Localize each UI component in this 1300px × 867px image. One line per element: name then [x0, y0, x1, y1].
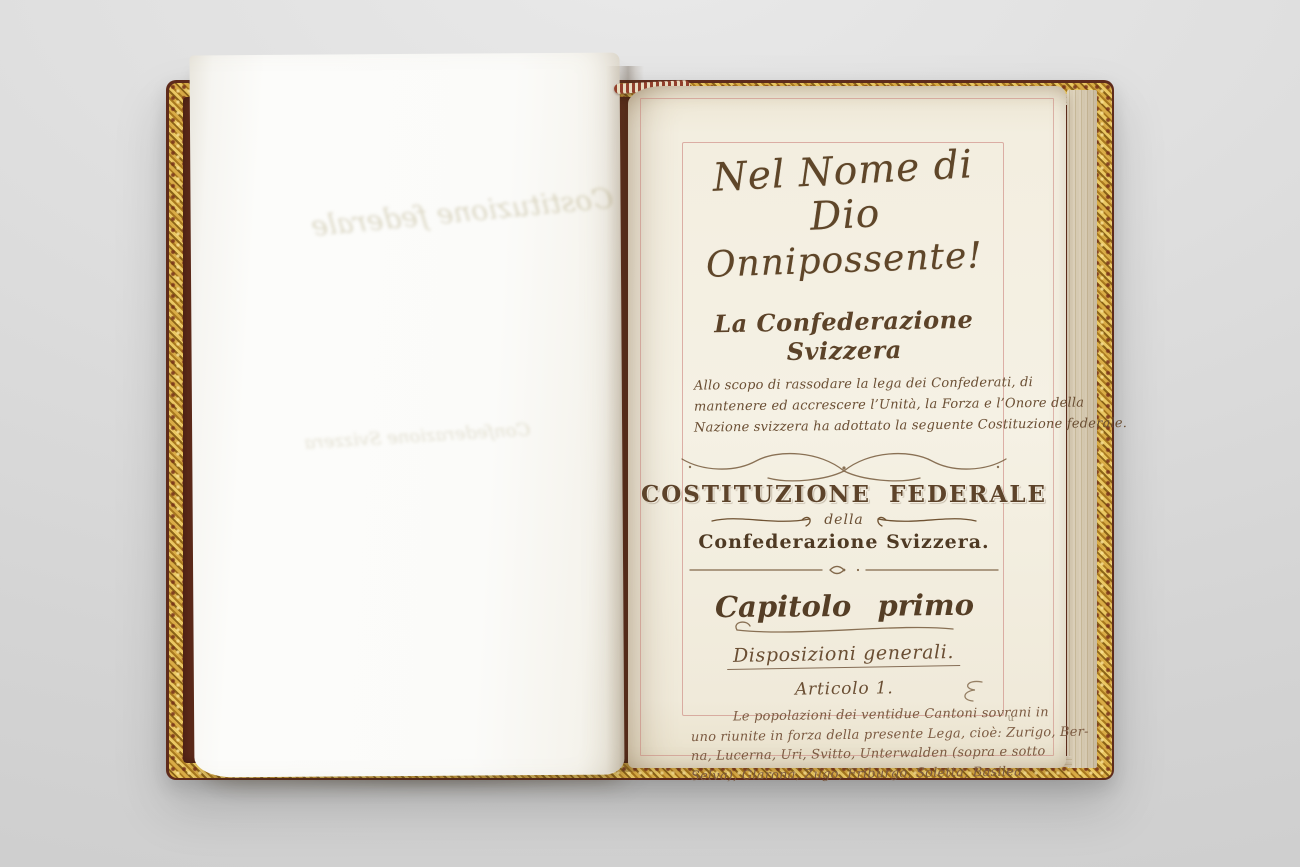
preamble-heading: La Confederazione Svizzera [694, 304, 995, 367]
divider-ornament-icon [684, 563, 1004, 577]
right-manuscript-page: Nel Nome di Dio Onnipossente! La Confede… [628, 86, 1066, 768]
calligraphic-flourish-icon [674, 447, 1014, 487]
preamble-paragraph: Allo scopo di rassodare la lega dei Conf… [694, 374, 994, 437]
frame-corner-mark: u [1008, 713, 1014, 724]
della-row: della [710, 512, 978, 528]
della-left-flourish-icon [710, 512, 814, 528]
preamble-line: Nazione svizzera ha adottato la seguente… [694, 414, 994, 438]
corner-flourish-icon [954, 678, 988, 704]
chapter-underline-flourish-icon [729, 621, 959, 637]
invocation-underline-rule [769, 292, 919, 295]
invocation-line-2: Onnipossente! [705, 237, 983, 286]
showthrough-text-bottom: Confederazione Svizzera [304, 419, 531, 453]
article-body-line: Selva), Glarona, Zugo, Friburgo, Soletta… [691, 762, 997, 786]
showthrough-text-top: Costituzione federale [310, 181, 615, 242]
della-label: della [824, 512, 864, 528]
section-heading: Disposizioni generali. [727, 641, 960, 670]
manuscript-text-column: Nel Nome di Dio Onnipossente! La Confede… [694, 150, 994, 710]
photo-of-open-manuscript-book: Costituzione federale Confederazione Svi… [0, 0, 1300, 867]
article-heading: Articolo 1. [795, 678, 894, 699]
article-body-paragraph: Le popolazioni dei ventidue Cantoni sovr… [691, 706, 997, 784]
chapter-heading: Capitolo primo [714, 588, 973, 624]
main-subtitle: Confederazione Svizzera. [698, 531, 989, 553]
invocation-line-1: Nel Nome di Dio [692, 142, 996, 245]
left-blank-page: Costituzione federale Confederazione Svi… [189, 53, 624, 778]
della-right-flourish-icon [874, 512, 978, 528]
